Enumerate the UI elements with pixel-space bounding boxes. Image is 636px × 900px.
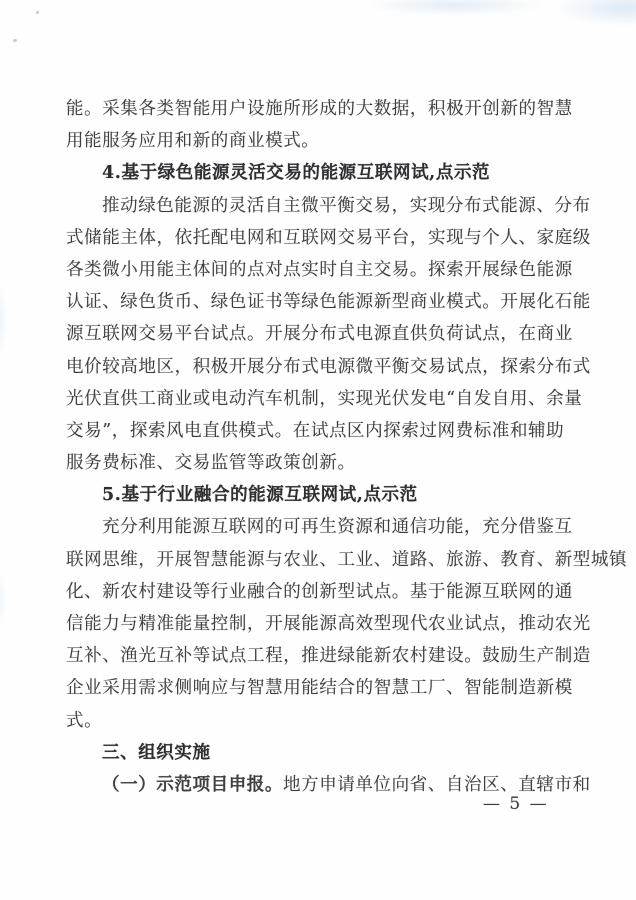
scanned-document-page: 能。采集各类智能用户设施所形成的大数据，积极开创新的智慧用能服务应用和新的商业模… — [0, 0, 636, 900]
text-line: 信能力与精准能量控制，开展能源高效型现代农业试点，推动农光 — [66, 608, 580, 640]
text-line: 充分利用能源互联网的可再生资源和通信功能，充分借鉴互 — [66, 511, 580, 543]
heading-line: 4.基于绿色能源灵活交易的能源互联网试,点示范 — [66, 157, 580, 189]
text-line: 源互联网交易平台试点。开展分布式电源直供负荷试点，在商业 — [66, 318, 580, 350]
text-line: 认证、绿色货币、绿色证书等绿色能源新型商业模式。开展化石能 — [66, 286, 580, 318]
text-line: 推动绿色能源的灵活自主微平衡交易，实现分布式能源、分布 — [66, 190, 580, 222]
text-line: 企业采用需求侧响应与智慧用能结合的智慧工厂、智能制造新模 — [66, 672, 580, 704]
text-line: 联网思维，开展智慧能源与农业、工业、道路、旅游、教育、新型城镇 — [66, 544, 580, 576]
text-line: 化、新农村建设等行业融合的创新型试点。基于能源互联网的通 — [66, 576, 580, 608]
text-line: 能。采集各类智能用户设施所形成的大数据，积极开创新的智慧 — [66, 93, 580, 125]
page-number: — 5 — — [483, 792, 549, 816]
text-line: 式储能主体，依托配电网和互联网交易平台，实现与个人、家庭级 — [66, 222, 580, 254]
heading-line: 三、组织实施 — [66, 737, 580, 769]
text-line: 光伏直供工商业或电动汽车机制，实现光伏发电“自发自用、余量 — [66, 383, 580, 415]
scan-speck — [36, 11, 39, 14]
text-line: 服务费标准、交易监管等政策创新。 — [66, 447, 580, 479]
text-line: 各类微小用能主体间的点对点实时自主交易。探索开展绿色能源 — [66, 254, 580, 286]
bold-lead-text: （一）示范项目申报。 — [102, 775, 283, 795]
text-line: 交易”，探索风电直供模式。在试点区内探索过网费标准和辅助 — [66, 415, 580, 447]
document-body-text: 能。采集各类智能用户设施所形成的大数据，积极开创新的智慧用能服务应用和新的商业模… — [66, 93, 580, 801]
text-line: 用能服务应用和新的商业模式。 — [66, 125, 580, 157]
text-line: 电价较高地区，积极开展分布式电源微平衡交易试点，探索分布式 — [66, 351, 580, 383]
text-line: 式。 — [66, 705, 580, 737]
text-line: 互补、渔光互补等试点工程，推进绿能新农村建设。鼓励生产制造 — [66, 640, 580, 672]
scan-speck — [13, 39, 17, 42]
heading-line: 5.基于行业融合的能源互联网试,点示范 — [66, 479, 580, 511]
